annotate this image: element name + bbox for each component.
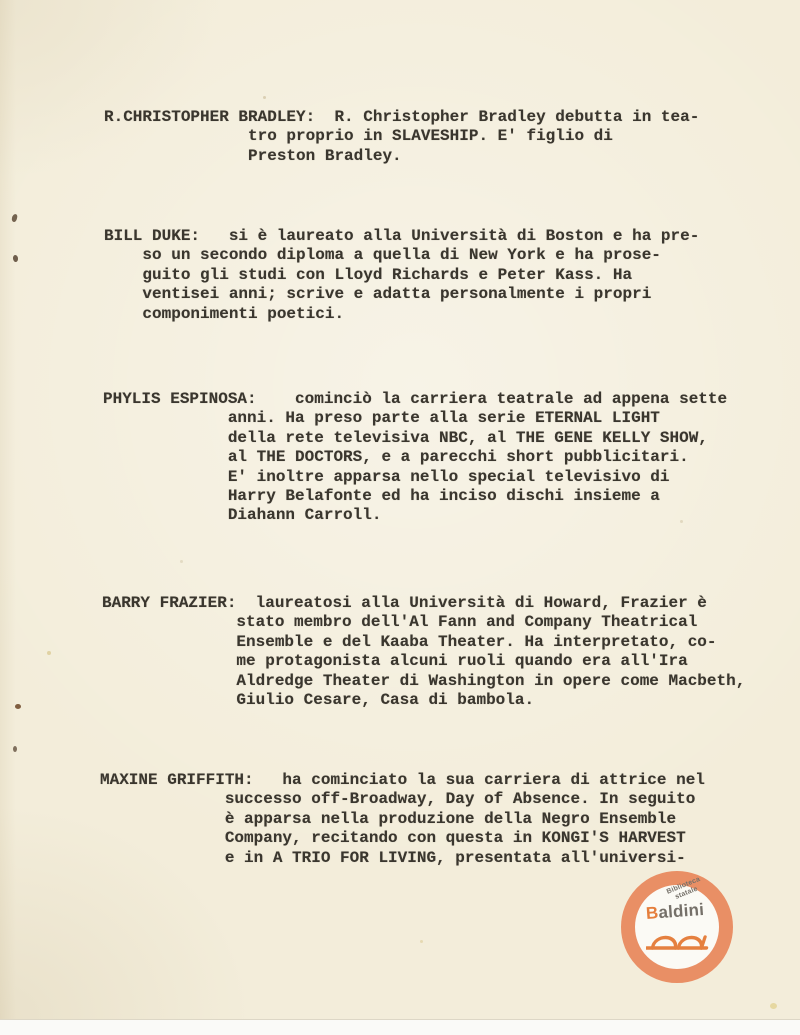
bio-entry-phylis-espinosa: PHYLIS ESPINOSA: cominciò la carriera te… (103, 390, 727, 526)
paper-speck (420, 940, 423, 943)
stamp-name-rest: aldini (658, 900, 705, 922)
bio-entry-r-christopher-bradley: R.CHRISTOPHER BRADLEY: R. Christopher Br… (104, 108, 699, 166)
scanner-background (0, 1020, 800, 1035)
bio-entry-barry-frazier: BARRY FRAZIER: laureatosi alla Universit… (102, 594, 745, 710)
binding-mark (13, 746, 17, 752)
paper-speck (180, 560, 183, 563)
binding-mark (11, 214, 18, 223)
paper-speck (263, 96, 266, 99)
bio-entry-bill-duke: BILL DUKE: si è laureato alla Università… (104, 227, 699, 324)
paper-speck (770, 1003, 777, 1009)
paper-speck (47, 651, 51, 655)
open-book-icon (646, 923, 712, 953)
scanned-page: R.CHRISTOPHER BRADLEY: R. Christopher Br… (0, 0, 800, 1020)
binding-mark (15, 704, 21, 709)
bio-entry-maxine-griffith: MAXINE GRIFFITH: ha cominciato la sua ca… (100, 771, 705, 868)
stamp-name: Baldini (645, 900, 704, 924)
binding-mark (13, 255, 19, 263)
library-stamp: Biblioteca statale Baldini (621, 871, 733, 983)
scanned-typewritten-page: { "colors": { "paper": "#f3edda", "ink":… (0, 0, 800, 1035)
